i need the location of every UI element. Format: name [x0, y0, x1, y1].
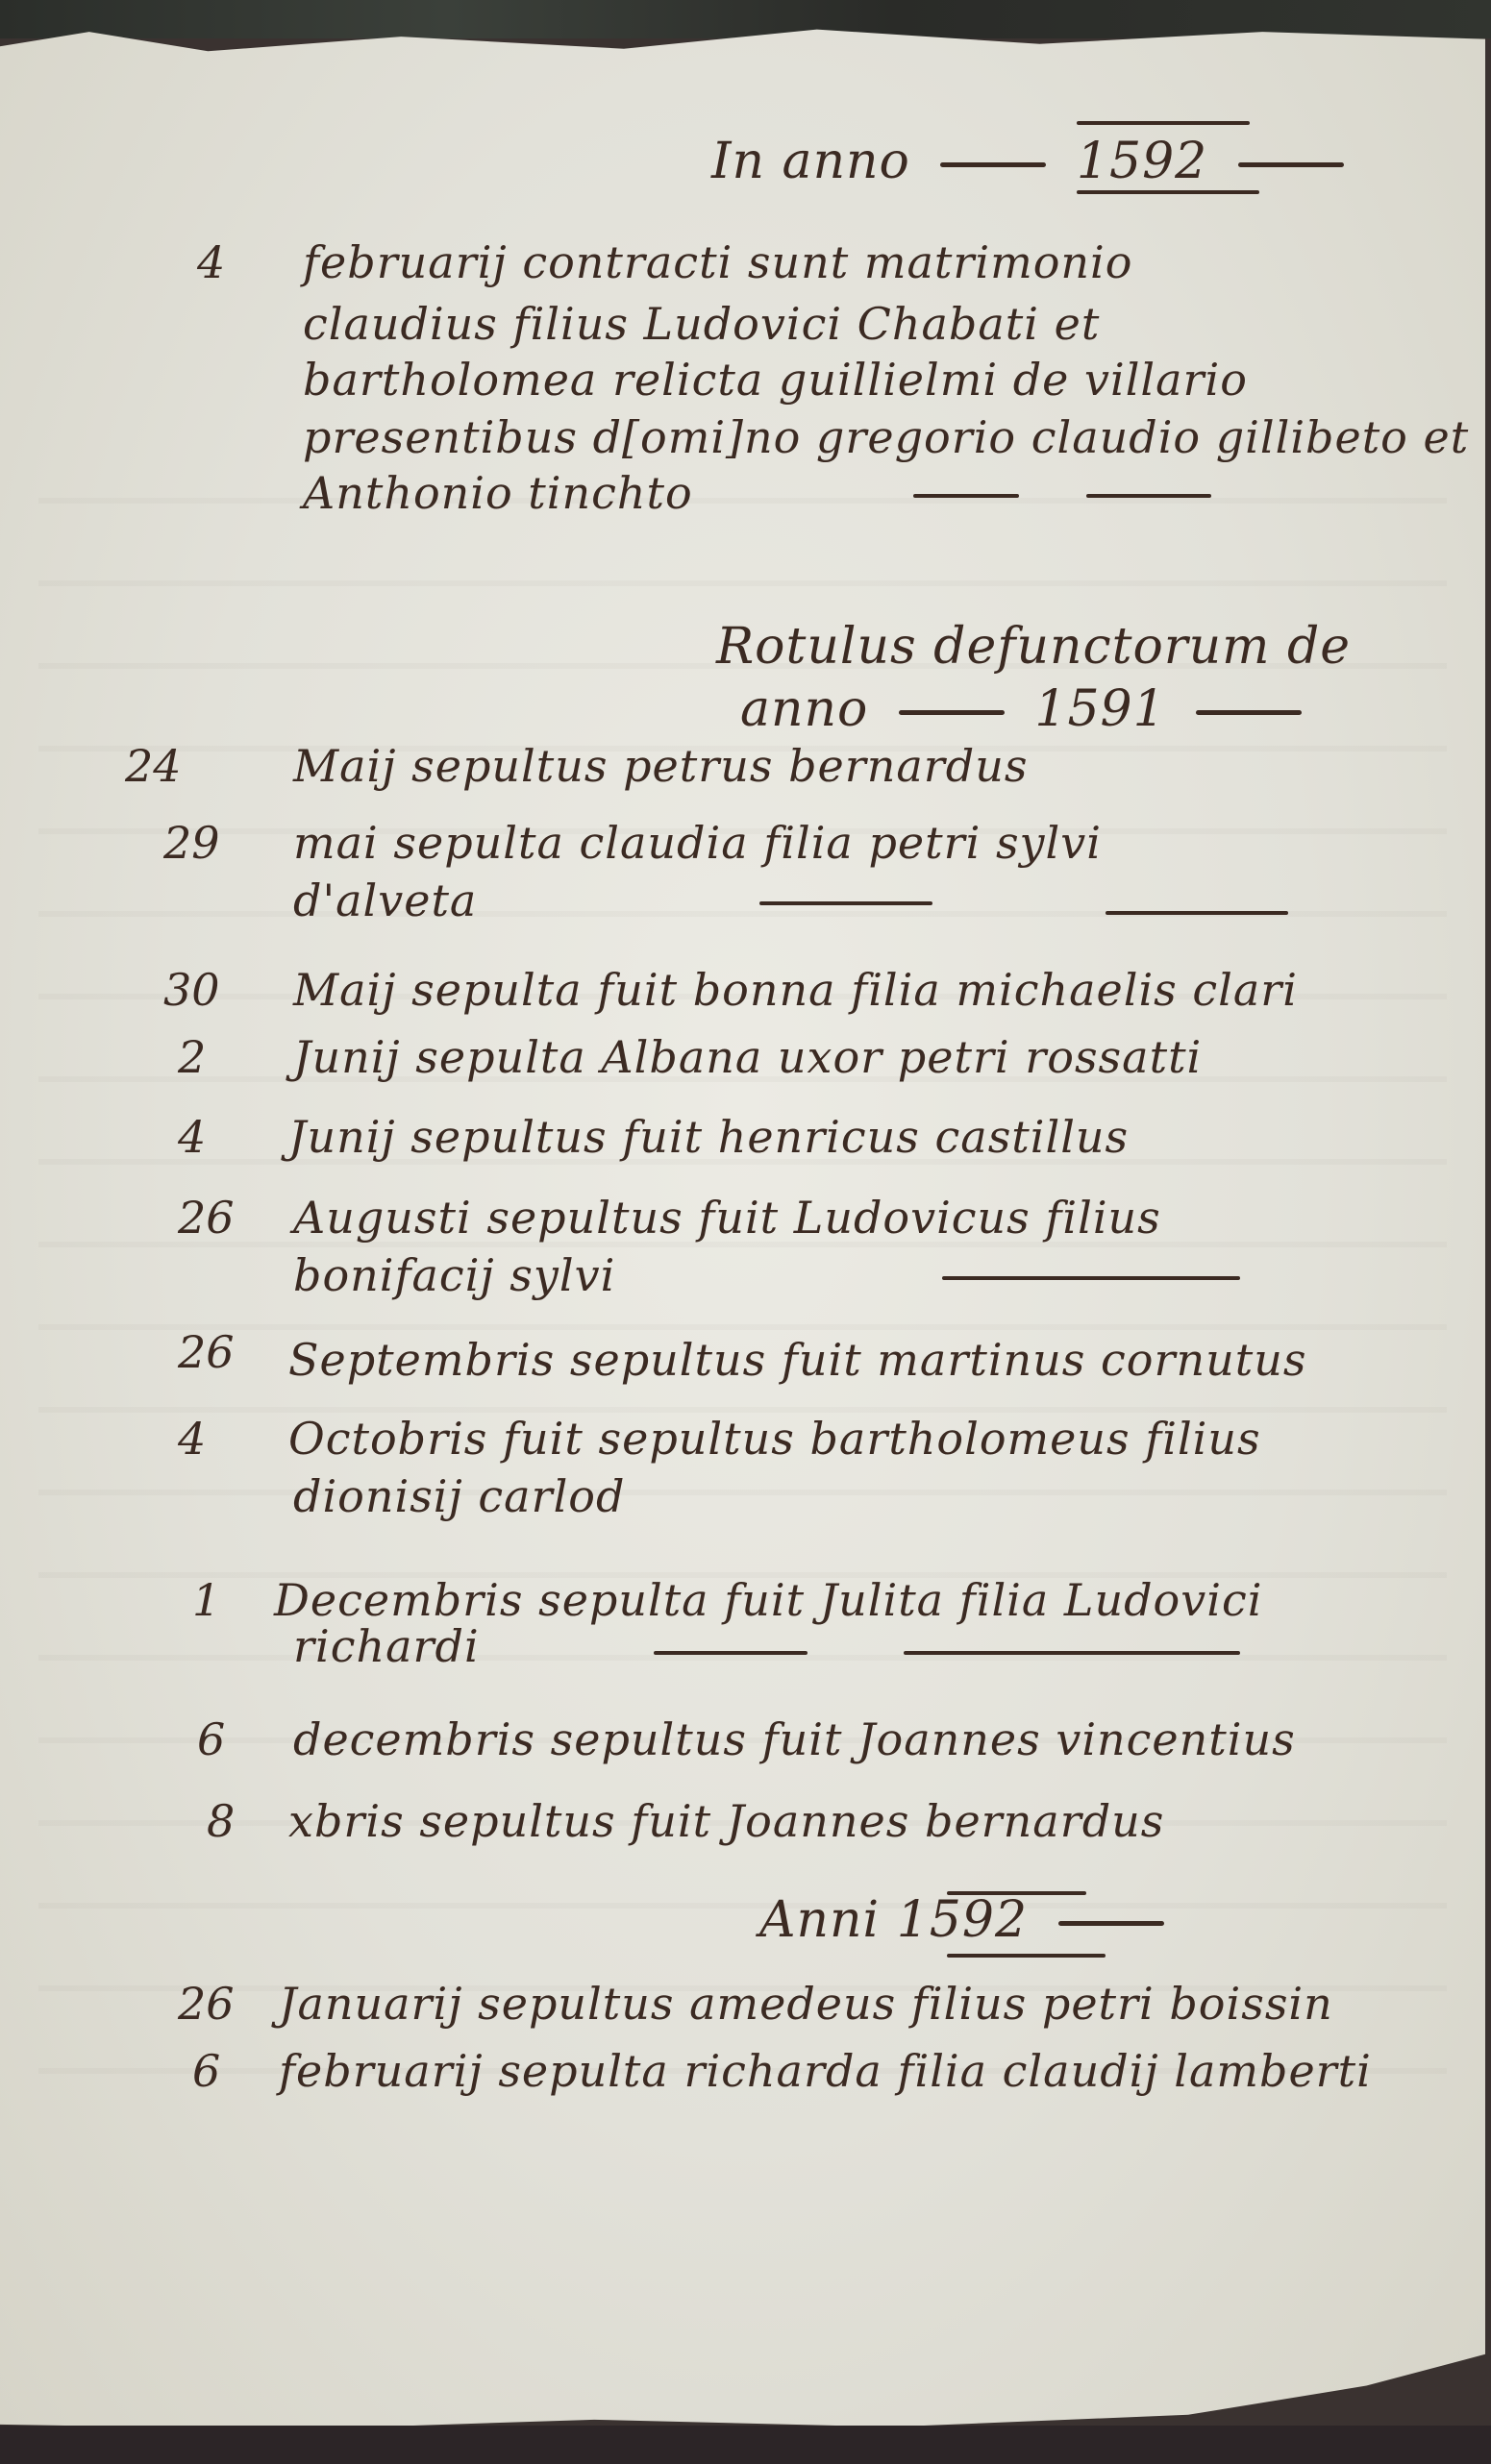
entry-line: Augusti sepultus fuit Ludovicus filius	[293, 1192, 1161, 1244]
manuscript-page: In anno 1592 4 februarij contracti sunt …	[0, 17, 1485, 2439]
filler-rule	[913, 494, 1019, 498]
entry-day: 4	[178, 1413, 206, 1465]
heading-prefix: Anni	[759, 1891, 880, 1949]
filler-rule	[1106, 911, 1288, 915]
entry-day: 26	[178, 1192, 235, 1244]
entry-day: 8	[207, 1795, 235, 1847]
entry-line: Januarij sepultus amedeus filius petri b…	[279, 1978, 1333, 2030]
burial-1592-heading: Anni 1592	[759, 1891, 1178, 1949]
entry-line: Anthonio tinchto	[303, 467, 693, 519]
overline-rule	[1077, 121, 1250, 125]
entry-line: d'alveta	[293, 875, 477, 926]
heading-prefix: anno	[740, 680, 868, 738]
entry-day: 6	[197, 1713, 225, 1765]
underline-rule	[947, 1954, 1106, 1958]
heading-year: 1591	[1034, 680, 1165, 738]
entry-day: 24	[125, 740, 182, 792]
underline-rule	[1077, 190, 1259, 194]
flourish-dash	[1196, 710, 1302, 715]
marriage-heading: In anno 1592	[711, 133, 1357, 190]
burial-heading-line2: anno 1591	[740, 680, 1315, 738]
entry-day: 2	[178, 1031, 206, 1083]
entry-line: dionisij carlod	[293, 1470, 625, 1522]
entry-day: 4	[197, 236, 225, 288]
entry-line: claudius filius Ludovici Chabati et	[303, 298, 1100, 350]
filler-rule	[942, 1276, 1240, 1280]
entry-day: 29	[163, 817, 220, 869]
heading-prefix: In anno	[711, 133, 910, 190]
entry-day: 1	[192, 1574, 220, 1626]
entry-day: 30	[163, 964, 220, 1016]
entry-day: 26	[178, 1326, 235, 1378]
entry-day: 6	[192, 2045, 220, 2097]
burial-heading-line1: Rotulus defunctorum de	[716, 618, 1351, 676]
entry-line: Maij sepulta fuit bonna filia michaelis …	[293, 964, 1298, 1016]
entry-line: Decembris sepulta fuit Julita filia Ludo…	[274, 1574, 1262, 1626]
entry-line: presentibus d[omi]no gregorio claudio gi…	[303, 411, 1469, 463]
heading-year: 1592	[897, 1891, 1028, 1949]
flourish-dash	[1058, 1921, 1164, 1926]
entry-line: xbris sepultus fuit Joannes bernardus	[288, 1795, 1164, 1847]
entry-day: 4	[178, 1111, 206, 1163]
entry-line: richardi	[293, 1620, 480, 1672]
overline-rule	[947, 1891, 1086, 1895]
entry-line: Octobris fuit sepultus bartholomeus fili…	[288, 1413, 1261, 1465]
entry-line: bonifacij sylvi	[293, 1249, 615, 1301]
flourish-dash	[899, 710, 1005, 715]
filler-rule	[654, 1651, 808, 1655]
filler-rule	[904, 1651, 1240, 1655]
entry-line: februarij contracti sunt matrimonio	[303, 236, 1132, 288]
entry-line: februarij sepulta richarda filia claudij…	[279, 2045, 1372, 2097]
flourish-dash	[940, 162, 1046, 167]
entry-day: 26	[178, 1978, 235, 2030]
book-binding-bottom-edge	[0, 2426, 1491, 2464]
entry-line: Septembris sepultus fuit martinus cornut…	[288, 1334, 1306, 1386]
entry-line: decembris sepultus fuit Joannes vincenti…	[293, 1713, 1296, 1765]
filler-rule	[759, 901, 932, 905]
entry-line: bartholomea relicta guillielmi de villar…	[303, 354, 1248, 406]
filler-rule	[1086, 494, 1211, 498]
heading-year: 1592	[1077, 133, 1207, 190]
flourish-dash	[1238, 162, 1344, 167]
entry-line: Junij sepulta Albana uxor petri rossatti	[293, 1031, 1202, 1083]
entry-line: Junij sepultus fuit henricus castillus	[288, 1111, 1129, 1163]
entry-line: Maij sepultus petrus bernardus	[293, 740, 1028, 792]
entry-line: mai sepulta claudia filia petri sylvi	[293, 817, 1102, 869]
